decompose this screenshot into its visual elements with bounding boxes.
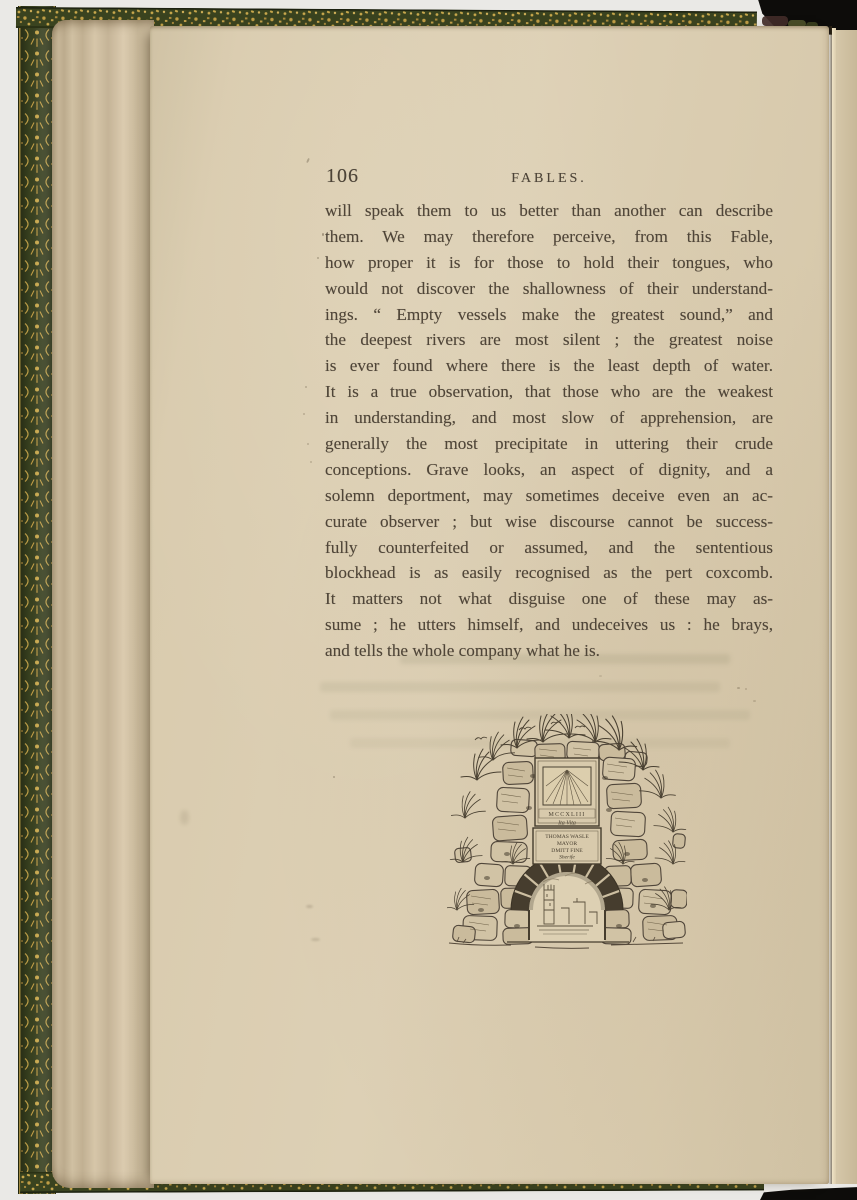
tailpiece-illustration: MCCXLIII Ita Vita THOMAS WASLE MAYOR DMI…	[447, 714, 687, 949]
verso-show-through	[400, 654, 730, 664]
body-line: in understanding, and most slow of appre…	[325, 405, 773, 431]
body-line: curate observer ; but wise discourse can…	[325, 509, 773, 535]
tablet-line: Sherife	[559, 854, 575, 861]
inscription-tablet: THOMAS WASLE MAYOR DMITT FINE Sherife	[533, 828, 601, 864]
body-line: sume ; he utters himself, and undeceives…	[325, 612, 773, 638]
backdrop-bottom-right	[760, 1183, 857, 1200]
book-photograph: 106 FABLES. will speak them to us better…	[0, 0, 857, 1200]
body-line: will speak them to us better than anothe…	[325, 198, 773, 224]
body-line: is ever found where there is the least d…	[325, 353, 773, 379]
verso-show-through	[320, 682, 720, 692]
binding-spine-gilt	[18, 6, 56, 1194]
body-line: the deepest rivers are most silent ; the…	[325, 327, 773, 353]
facing-page-sliver	[836, 30, 857, 1184]
body-line: how proper it is for those to hold their…	[325, 250, 773, 276]
body-line: It matters not what disguise one of thes…	[325, 586, 773, 612]
body-text: will speak them to us better than anothe…	[325, 198, 773, 664]
body-line: It is a true observation, that those who…	[325, 379, 773, 405]
body-line: would not discover the shallowness of th…	[325, 276, 773, 302]
tablet-line: MAYOR	[557, 841, 578, 847]
body-line: fully counterfeited or assumed, and the …	[325, 535, 773, 561]
binding-debris	[762, 16, 788, 26]
tablet-line: DMITT FINE	[551, 848, 583, 854]
body-line: generally the most precipitate in utteri…	[325, 431, 773, 457]
body-line: them. We may therefore perceive, from th…	[325, 224, 773, 250]
body-line: conceptions. Grave looks, an aspect of d…	[325, 457, 773, 483]
body-line: blockhead is as easily recognised as the…	[325, 560, 773, 586]
page-stack-fore-edge	[52, 20, 154, 1188]
sundial-motto: Ita Vita	[557, 821, 576, 827]
book-page: 106 FABLES. will speak them to us better…	[150, 26, 829, 1184]
body-line: solemn deportment, may sometimes deceive…	[325, 483, 773, 509]
running-title: FABLES.	[325, 171, 773, 187]
sundial-plaque: MCCXLIII Ita Vita	[535, 758, 599, 827]
body-line: ings. “ Empty vessels make the greatest …	[325, 302, 773, 328]
tablet-line: THOMAS WASLE	[545, 834, 589, 840]
sundial-numerals: MCCXLIII	[549, 812, 586, 818]
